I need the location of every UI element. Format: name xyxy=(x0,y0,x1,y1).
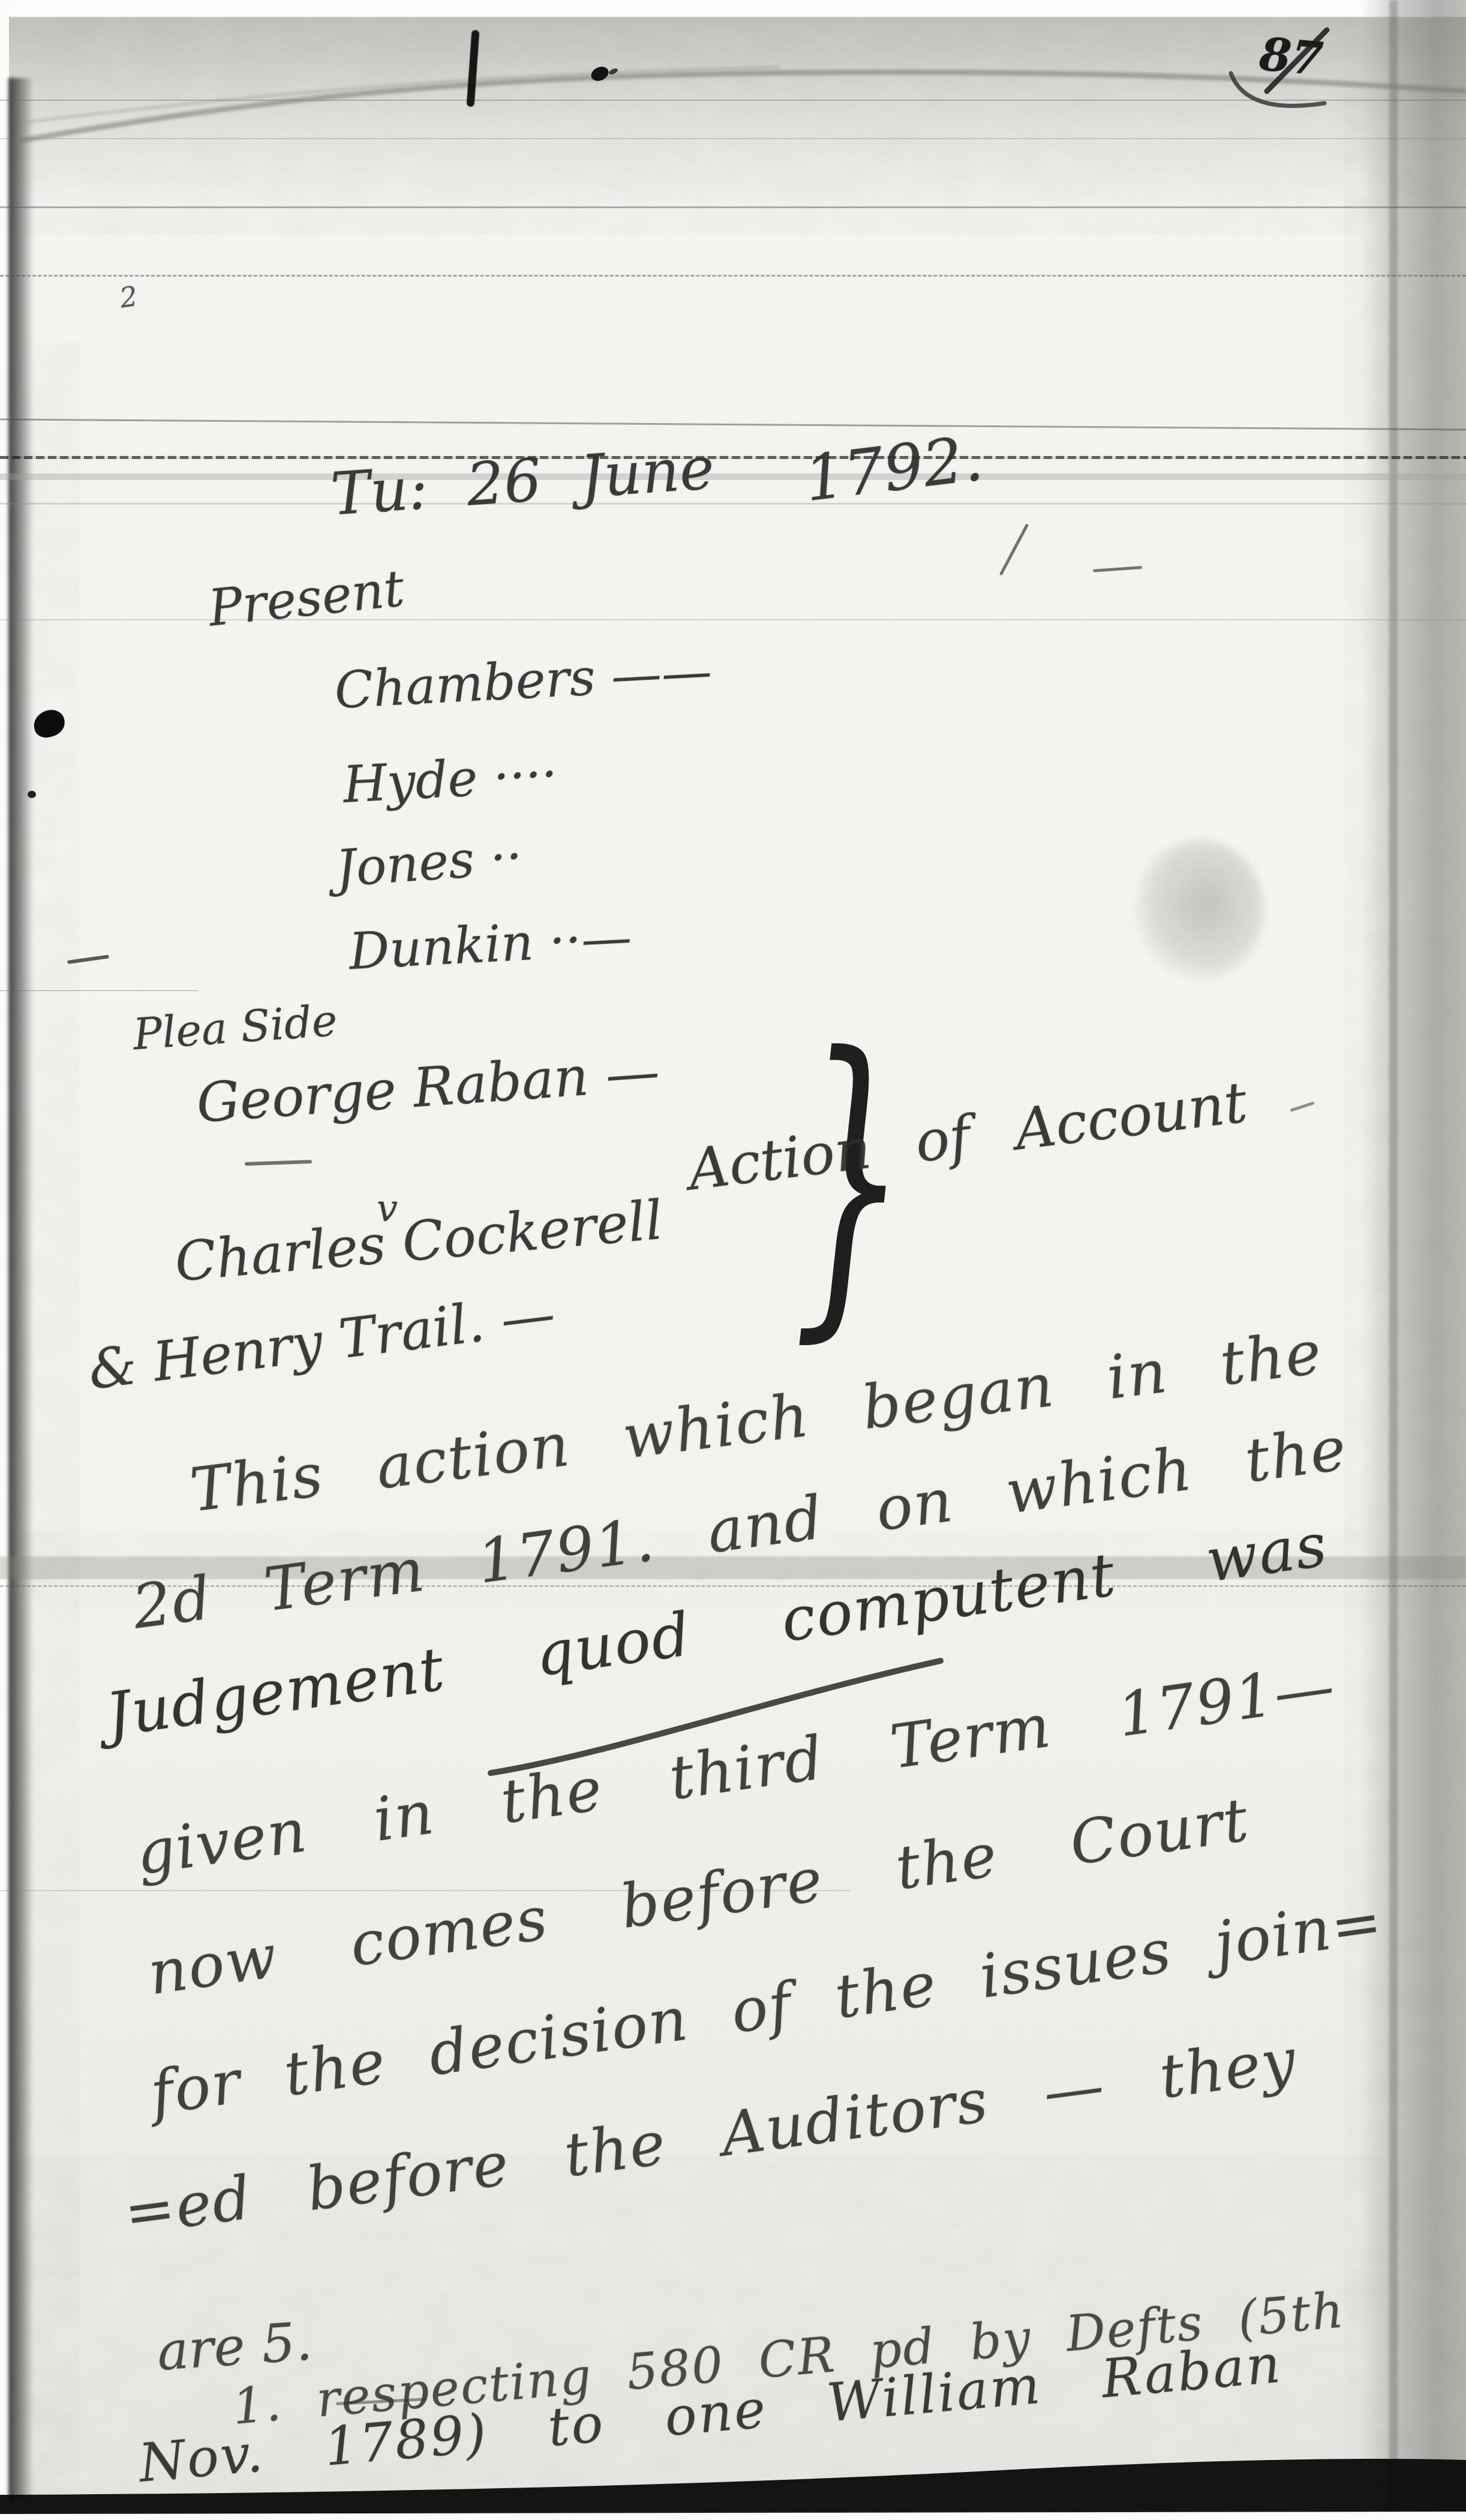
streak-line xyxy=(0,418,1466,430)
margin-numeral: 2 xyxy=(118,281,139,313)
present-label: Present xyxy=(206,560,407,636)
ink-blot xyxy=(589,64,611,84)
streak-line-stippled xyxy=(0,456,1466,459)
streak-line-dashed xyxy=(0,275,1466,277)
right-edge-dark-streak xyxy=(1389,0,1398,2520)
stray-dash-mark xyxy=(1093,566,1142,572)
action-type: Action of Account xyxy=(685,1072,1251,1202)
plaintiff-name: George Raban — xyxy=(195,1042,662,1133)
body-line-8: are 5. xyxy=(155,2312,314,2381)
date-line-prefix: Tu: 26 June xyxy=(329,436,716,527)
margin-ink-dot xyxy=(28,791,36,798)
bottom-white-margin xyxy=(0,2510,1466,2520)
margin-ink-blot xyxy=(31,707,68,740)
defendant-name-2: & Henry Trail. — xyxy=(85,1284,558,1400)
streak-line xyxy=(0,138,1466,139)
streak-band xyxy=(0,473,1466,480)
margin-dash-mark xyxy=(67,955,109,964)
judge-name-hyde: Hyde ···· xyxy=(342,746,559,812)
streak-line xyxy=(0,100,1466,101)
top-white-margin xyxy=(0,0,1466,18)
stray-slash-mark xyxy=(999,523,1029,575)
streak-line xyxy=(0,206,1466,208)
judge-name-chambers: Chambers —— xyxy=(334,643,714,718)
judge-name-dunkin: Dunkin ··— xyxy=(348,909,633,979)
ditto-mark-after-action xyxy=(1290,1102,1314,1112)
top-shadow-band xyxy=(0,17,1466,209)
bleedthrough-smudge xyxy=(1135,840,1264,981)
manuscript-scan-page: 87 2 Tu: 26 June 1792. Present Chambers … xyxy=(0,0,1466,2520)
right-edge-shadow xyxy=(1360,0,1466,2520)
page-top-crease-curve xyxy=(18,72,1466,141)
left-white-margin xyxy=(0,0,9,2520)
defendant-name-1: Charles Cockerell xyxy=(173,1190,665,1292)
plea-side-label: Plea Side xyxy=(131,997,339,1058)
page-number: 87 xyxy=(1257,29,1325,84)
vertical-ink-stroke xyxy=(467,30,480,107)
streak-line xyxy=(0,503,1466,505)
date-line-year: 1792. xyxy=(801,424,986,514)
underline-dash-george xyxy=(245,1160,312,1166)
left-gutter-shadow xyxy=(8,78,34,2502)
page-top-crease-curve-2 xyxy=(18,67,780,123)
judge-name-jones: Jones ·· xyxy=(334,828,524,896)
streak-line-partial xyxy=(0,990,198,991)
